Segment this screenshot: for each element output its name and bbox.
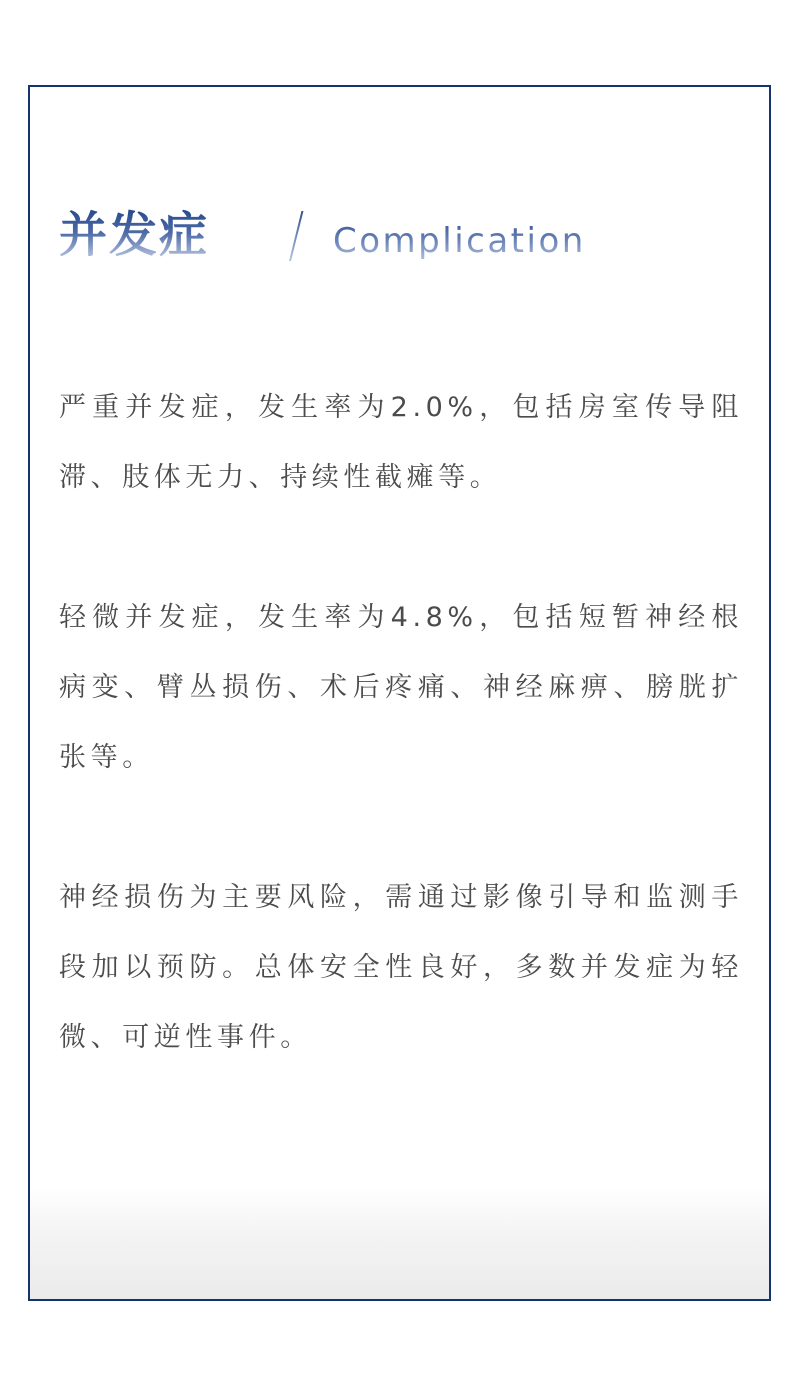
content-card: 并发症 Complication 严重并发症，发生率为2.0%，包括房室传导阻滞… <box>28 85 771 1301</box>
paragraph-minor-complications: 轻微并发症，发生率为4.8%，包括短暂神经根病变、臂丛损伤、术后疼痛、神经麻痹、… <box>59 583 743 793</box>
section-header: 并发症 Complication <box>59 207 739 267</box>
bottom-fade-decoration <box>30 1187 769 1299</box>
title-separator-slash <box>289 211 303 261</box>
paragraph-risk-summary: 神经损伤为主要风险，需通过影像引导和监测手段加以预防。总体安全性良好，多数并发症… <box>59 863 743 1073</box>
section-title-english: Complication <box>333 221 586 261</box>
section-title-chinese: 并发症 <box>59 207 209 263</box>
section-body: 严重并发症，发生率为2.0%，包括房室传导阻滞、肢体无力、持续性截瘫等。 轻微并… <box>59 373 743 1143</box>
paragraph-severe-complications: 严重并发症，发生率为2.0%，包括房室传导阻滞、肢体无力、持续性截瘫等。 <box>59 373 743 513</box>
